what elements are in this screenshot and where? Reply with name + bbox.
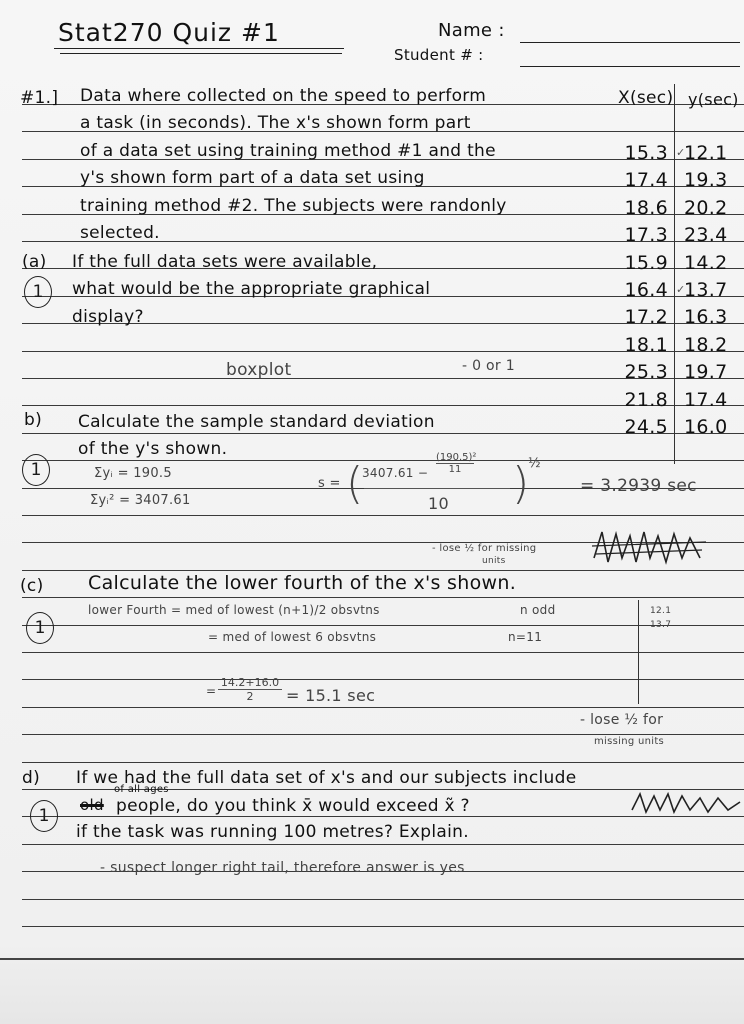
table-divider (674, 84, 675, 464)
question-1-line: selected. (80, 223, 160, 243)
student-number-field[interactable] (520, 66, 740, 67)
name-field[interactable] (520, 42, 740, 43)
x-value: 18.6 (604, 197, 668, 219)
x-value: 24.5 (604, 416, 668, 438)
ruled-line (22, 460, 744, 461)
part-b-score: 1 (22, 454, 50, 486)
x-value: 18.1 (604, 334, 668, 356)
page-bottom-line (0, 958, 744, 960)
ruled-line (22, 816, 744, 817)
question-1-line: Data where collected on the speed to per… (80, 86, 486, 106)
part-c-grading-note: - lose ½ for (580, 712, 663, 728)
lower-fourth-fraction: 14.2+16.0 2 (218, 676, 282, 703)
s-label: s = (318, 476, 341, 491)
quiz-title: Stat270 Quiz #1 (58, 18, 280, 47)
quiz-page: Stat270 Quiz #1 Name : Student # : X(sec… (0, 0, 744, 1024)
y-value: 17.4 (684, 389, 744, 411)
part-d-score: 1 (30, 800, 58, 832)
side-value-2: 13.7 (650, 620, 671, 630)
x-column-header: X(sec) (618, 88, 673, 108)
part-d-answer: - suspect longer right tail, therefore a… (100, 860, 465, 876)
numerator-a: 3407.61 − (362, 466, 428, 480)
part-d-line-2: people, do you think x̄ would exceed x̃ … (116, 796, 470, 816)
x-value: 16.4 (604, 279, 668, 301)
part-c-label: (c) (20, 576, 44, 596)
ruled-line (22, 679, 744, 680)
sum-y: Σyᵢ = 190.5 (94, 466, 172, 481)
part-a-line: what would be the appropriate graphical (72, 279, 430, 299)
fraction-bar (364, 488, 510, 489)
right-paren: ) (512, 462, 529, 506)
n-equals-note: n=11 (508, 630, 542, 644)
title-underline-2 (60, 53, 342, 54)
y-value: 16.0 (684, 416, 744, 438)
x-value: 25.3 (604, 361, 668, 383)
y-value: 19.7 (684, 361, 744, 383)
part-a-label: (a) (22, 252, 47, 272)
question-1-line: y's shown form part of a data set using (80, 168, 425, 188)
part-a-score: 1 (24, 276, 52, 308)
ruled-line (22, 570, 744, 571)
y-value: 23.4 (684, 224, 744, 246)
name-label: Name : (438, 20, 505, 41)
question-1-line: of a data set using training method #1 a… (80, 141, 496, 161)
numerator-fraction-bottom: 11 (436, 464, 474, 475)
part-a-line: display? (72, 307, 144, 327)
part-a-answer: boxplot (226, 360, 291, 380)
y-value: 19.3 (684, 169, 744, 191)
y-value: 14.2 (684, 252, 744, 274)
part-b-line: of the y's shown. (78, 439, 227, 459)
scribbled-out-text-2 (630, 790, 744, 816)
question-1-line: training method #2. The subjects were ra… (80, 196, 507, 216)
exponent: ½ (528, 456, 541, 471)
part-c-question: Calculate the lower fourth of the x's sh… (88, 572, 516, 594)
left-paren: ( (346, 462, 363, 506)
ruled-line (22, 899, 744, 900)
sum-y-squared: Σyᵢ² = 3407.61 (90, 493, 191, 508)
numerator-fraction-top: (190.5)² (436, 452, 474, 464)
part-c-score: 1 (26, 612, 54, 644)
y-value: 20.2 (684, 197, 744, 219)
ruled-line (22, 734, 744, 735)
calc-prefix: = (206, 684, 216, 698)
y-value: 18.2 (684, 334, 744, 356)
question-number: #1.] (20, 88, 58, 108)
side-work-divider (638, 600, 639, 704)
n-odd-note: n odd (520, 603, 556, 617)
struck-word: old (80, 796, 104, 814)
y-value: 16.3 (684, 306, 744, 328)
ruled-line (22, 762, 744, 763)
denominator: 10 (428, 494, 449, 513)
inserted-text: of all ages (114, 784, 169, 795)
ruled-line (22, 597, 744, 598)
lower-fourth-fraction-bottom: 2 (218, 690, 282, 703)
part-d-line-3: if the task was running 100 metres? Expl… (76, 822, 469, 842)
scribbled-out-text (590, 528, 710, 568)
part-b-grading-note: - lose ½ for missing (432, 543, 536, 554)
ruled-line (22, 707, 744, 708)
lower-fourth-work-2: = med of lowest 6 obsvtns (208, 630, 376, 644)
part-d-label: d) (22, 768, 40, 788)
x-value: 21.8 (604, 389, 668, 411)
std-dev-result: = 3.2939 sec (580, 476, 697, 496)
x-value: 17.2 (604, 306, 668, 328)
x-value: 15.9 (604, 252, 668, 274)
part-a-grading-note: - 0 or 1 (462, 358, 515, 374)
numerator-fraction: (190.5)² 11 (436, 452, 474, 475)
title-underline (54, 48, 344, 49)
x-value: 15.3 (604, 142, 668, 164)
part-b-grading-note-2: units (482, 556, 506, 566)
part-c-grading-note-2: missing units (594, 736, 664, 747)
ruled-line (22, 844, 744, 845)
part-b-line: Calculate the sample standard deviation (78, 412, 435, 432)
ruled-line (22, 652, 744, 653)
ruled-line (22, 926, 744, 927)
part-b-label: b) (24, 410, 42, 430)
lower-fourth-work-1: lower Fourth = med of lowest (n+1)/2 obs… (88, 603, 380, 617)
y-value: 13.7 (684, 279, 744, 301)
side-value-1: 12.1 (650, 606, 671, 616)
x-value: 17.4 (604, 169, 668, 191)
student-number-label: Student # : (394, 46, 484, 64)
y-value: 12.1 (684, 142, 744, 164)
y-column-header: y(sec) (688, 90, 744, 109)
lower-fourth-result: = 15.1 sec (286, 686, 375, 705)
question-1-line: a task (in seconds). The x's shown form … (80, 113, 471, 133)
x-value: 17.3 (604, 224, 668, 246)
lower-fourth-fraction-top: 14.2+16.0 (218, 676, 282, 690)
ruled-line (22, 515, 744, 516)
part-a-line: If the full data sets were available, (72, 252, 377, 272)
ruled-line (22, 625, 744, 626)
